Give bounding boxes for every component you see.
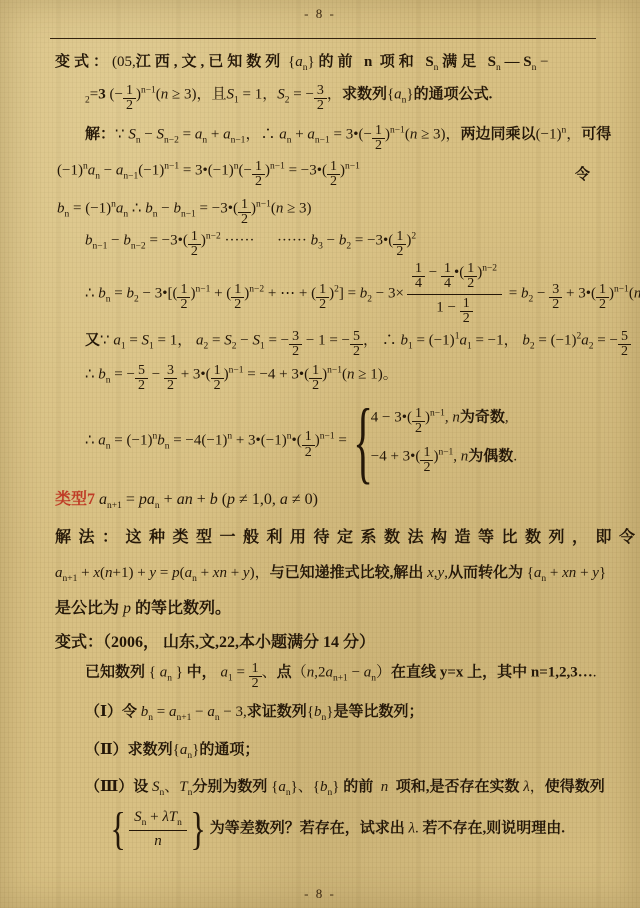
- problem2-part3-line1: （Ⅲ）设 Sn、Tn分别为数列 {an}、{bn} 的前 n 项和,是否存在实数…: [85, 777, 605, 800]
- method-description-line2: an+1 + x(n+1) + y = p(an + xn + y)，与已知递推…: [55, 563, 606, 586]
- solution-step-2: (−1)nan − an−1(−1)n−1 = 3•(−1)n(−12)n−1 …: [57, 160, 594, 190]
- header-page-number: - 8 -: [0, 6, 640, 22]
- header-divider: [50, 38, 596, 39]
- solution-step-5: ∴ bn = b2 − 3•[(12)n−1 + (12)n−2 + ⋯ + (…: [85, 262, 640, 326]
- solution-step-3: bn = (−1)nan ∴ bn − bn−1 = −3•(12)n−1(n …: [57, 198, 312, 228]
- solution-conclusion-piecewise: ∴ an = (−1)nbn = −4(−1)n + 3•(−1)n•(12)n…: [85, 402, 517, 480]
- problem1-statement-line1: 变式：(05,江西,文,已知数列 {an} 的前 n 项和 Sn 满足 Sn —…: [55, 52, 595, 75]
- problem1-statement-line2: 2=3 (−12)n−1(n ≥ 3)，且S1 = 1，S2 = −32，求数列…: [85, 84, 492, 114]
- type7-heading: 类型7 an+1 = pan + an + b (p ≠ 1,0, a ≠ 0): [55, 489, 318, 513]
- method-description-line3: 是公比为 p 的等比数列。: [55, 598, 231, 620]
- solution-step-4: bn−1 − bn−2 = −3•(12)n−2 ······ ······ b…: [85, 230, 416, 260]
- problem2-statement: 已知数列 { an } 中， a1 = 12、点（n,2an+1 − an）在直…: [85, 662, 597, 692]
- problem2-part3-line2: {Sn + λTnn} 为等差数列？若存在，试求出 λ. 若不存在,则说明理由.: [110, 806, 565, 852]
- footer-page-number: - 8 -: [0, 886, 640, 902]
- method-description-line1: 解法：这种类型一般利用待定系数法构造等比数列，即令: [55, 527, 640, 549]
- problem2-part2: （Ⅱ）求数列{an}的通项；: [85, 740, 259, 763]
- problem2-source: 变式：（2006， 山东,文,22,本小题满分 14 分）: [55, 632, 375, 654]
- solution-step-6: 又∵ a1 = S1 = 1， a2 = S2 − S1 = −32 − 1 =…: [85, 330, 631, 360]
- solution-step-1: 解：∵ Sn − Sn−2 = an + an−1，∴ an + an−1 = …: [85, 124, 611, 154]
- solution-step-7: ∴ bn = −52 − 32 + 3•(12)n−1 = −4 + 3•(12…: [85, 364, 398, 394]
- document-page: - 8 - 变式：(05,江西,文,已知数列 {an} 的前 n 项和 Sn 满…: [0, 0, 640, 908]
- problem2-part1: （Ⅰ）令 bn = an+1 − an − 3,求证数列{bn}是等比数列；: [85, 702, 423, 725]
